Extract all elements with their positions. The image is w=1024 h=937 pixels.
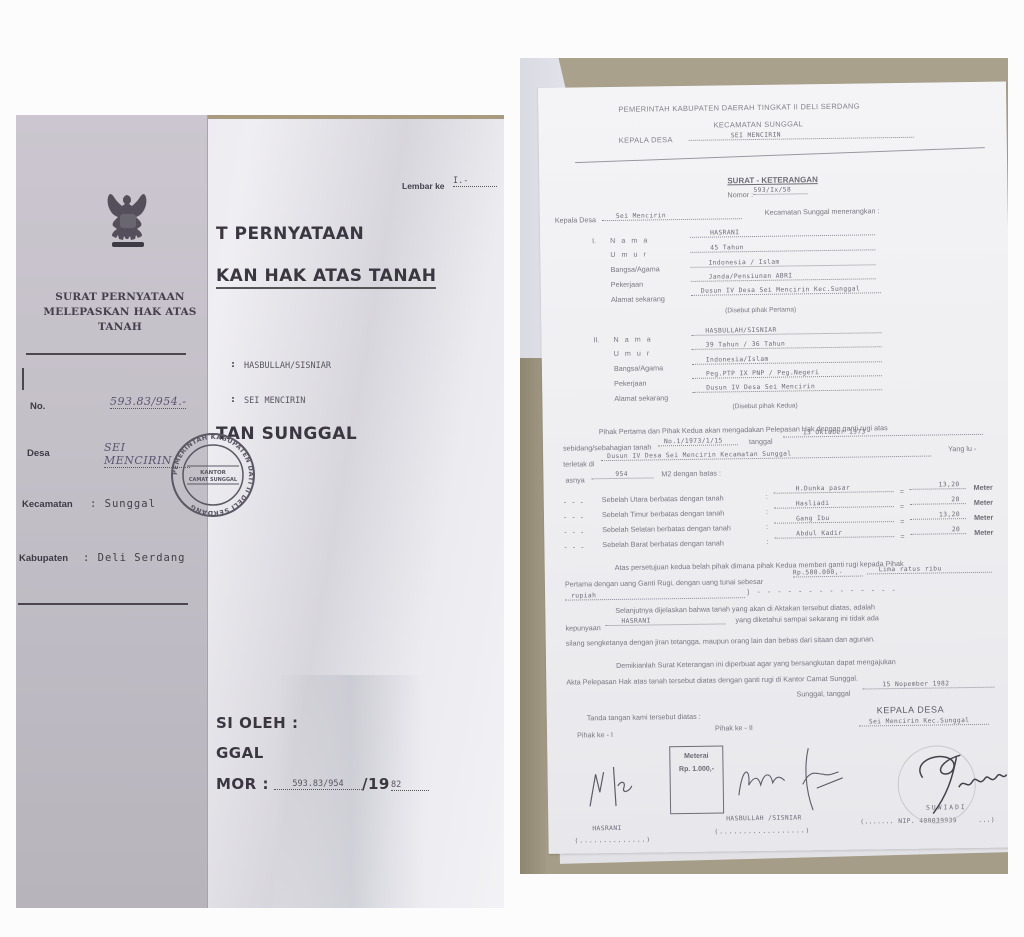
party1-name-bracket: (..............): [574, 836, 651, 844]
boundary-unit: Meter: [974, 513, 993, 522]
boundary-unit: Meter: [974, 483, 993, 492]
nomor-value: 593/Ix/58: [753, 186, 807, 195]
sheet-number-label: Lembar ke: [402, 181, 445, 191]
boundary-owner: Hasliadi: [774, 499, 894, 509]
party1-signature-label: Pihak ke - I: [577, 730, 613, 740]
kepala-desa-village: Sei Mencirin Kec.Sunggal: [859, 717, 989, 727]
boundary-unit: Meter: [974, 528, 993, 537]
party1-value-pekerjaan: Janda/Pensiunan ABRI: [691, 271, 876, 282]
margin-mark: [22, 368, 24, 390]
party2-value-bangsa: Indonesia/Islam: [692, 354, 882, 365]
party2-label-pekerjaan: Pekerjaan: [614, 379, 646, 388]
closing-line-1: Demikianlah Surat Keterangan ini diperbu…: [616, 657, 896, 670]
village-value: SEI MENCIRIN: [244, 396, 305, 406]
party1-value-bangsa: Indonesia / Islam: [690, 257, 875, 268]
signature-party1-icon: [583, 762, 644, 813]
intro-label: Kepala Desa: [555, 215, 596, 225]
party-value: HASBULLAH/SISNIAR: [244, 361, 331, 371]
body-line-2-label: sebidang/sebahagian tanah: [563, 442, 651, 452]
compensation-amount-words-end: rupiah: [565, 590, 745, 601]
boundary-dash: - - -: [564, 497, 585, 506]
party1-caption: (Disebut pihak Pertama): [725, 306, 796, 314]
boundary-dash: - - -: [564, 542, 585, 551]
party2-name: HASBULLAH /SISNIAR: [726, 814, 802, 822]
stamp-center-text-1: KANTOR: [200, 470, 227, 476]
boundary-owner: Abdul Kadir: [774, 529, 894, 539]
party2-label-bangsa: Bangsa/Agama: [614, 363, 663, 373]
party2-label-alamat: Alamat sekarang: [614, 393, 668, 403]
divider: [26, 353, 186, 355]
boundary-colon: :: [766, 492, 768, 501]
cover-field-value-kabupaten: : Deli Serdang: [83, 552, 186, 564]
party1-value-umur: 45 Tahun: [690, 242, 875, 253]
colon: :: [230, 394, 236, 405]
dash-filler: ) - - - - - - - - - - - - - -: [747, 585, 898, 596]
kepala-desa-bracket-open: (.......: [860, 818, 894, 825]
compensation-amount-words: Lima ratus ribu: [867, 565, 992, 575]
registration-year: 82: [391, 780, 429, 791]
heading-line-2: KAN HAK ATAS TANAH: [216, 266, 436, 289]
surat-keterangan-sheet: PEMERINTAH KABUPATEN DAERAH TINGKAT II D…: [538, 81, 1008, 853]
boundary-owner: Gang Ibu: [774, 514, 894, 524]
party1-value-nama: HASRANI: [690, 227, 875, 238]
boundary-eq: =: [900, 487, 904, 496]
right-document-photo: PEMERINTAH KABUPATEN DAERAH TINGKAT II D…: [520, 58, 1008, 874]
party2-signature-label: Pihak ke - II: [715, 723, 753, 733]
stamp-center-text-2: CAMAT SUNGGAL: [189, 477, 238, 483]
meterai-label: Meterai: [670, 752, 722, 760]
place-date-label: Sunggal, tanggal: [796, 689, 850, 699]
intro-suffix: Kecamatan Sunggal menerangkan :: [765, 206, 880, 217]
land-area: 954: [591, 470, 653, 479]
cover-field-label-kabupaten: Kabupaten: [19, 553, 68, 564]
sheet-number-value: I.-: [453, 176, 497, 187]
land-certificate-date: 13 Oktober 1973: [783, 427, 983, 438]
boundary-colon: :: [766, 537, 768, 546]
signature-party2-icon: [732, 744, 863, 816]
party1-index: I.: [592, 236, 596, 245]
boundary-length: 20: [910, 496, 966, 505]
kepala-desa-title: KEPALA DESA: [877, 704, 945, 715]
compensation-line-2: Pertama dengan uang Ganti Rugi, dengan u…: [565, 577, 763, 589]
party1-label-nama: N a m a: [610, 235, 649, 245]
party2-value-alamat: Dusun IV Desa Sei Mencirin: [692, 382, 882, 393]
signature-kepala-desa-icon: [902, 746, 1008, 818]
registered-by-label: SI OLEH :: [216, 714, 298, 732]
divider: [18, 603, 188, 605]
party1-label-pekerjaan: Pekerjaan: [611, 280, 643, 289]
cover-title-line-2: MELEPASKAN HAK ATAS TANAH: [30, 305, 210, 335]
cover-field-value-kecamatan: : Sunggal: [90, 498, 156, 510]
party2-index: II.: [593, 335, 599, 344]
signatures-intro: Tanda tangan kami tersebut diatas :: [587, 712, 701, 723]
boundary-length: 13,20: [910, 481, 966, 490]
intro-value: Sei Mencirin: [602, 211, 742, 221]
party1-value-alamat: Dusun IV Desa Sei Mencirin Kec.Sunggal: [691, 285, 881, 296]
party2-name-bracket: (..................): [714, 827, 810, 835]
cover-field-label-kecamatan: Kecamatan: [22, 499, 73, 510]
boundary-dash: - - -: [564, 512, 585, 521]
ownership-line-3: silang sengketanya dengan jiran tetangga…: [566, 634, 875, 647]
body-line-4-label: asnya: [565, 475, 584, 484]
party2-label-umur: U m u r: [614, 348, 652, 358]
party1-label-bangsa: Bangsa/Agama: [610, 264, 659, 274]
boundary-colon: :: [766, 507, 768, 516]
owner-name: HASRANI: [605, 616, 725, 626]
boundary-side: Sebelah Timur berbatas dengan tanah: [602, 508, 724, 519]
boundary-side: Sebelah Selatan berbatas dengan tanah: [602, 523, 731, 534]
closing-line-2: Akta Pelepasan Hak atas tanah tersebut d…: [566, 674, 858, 687]
registered-office: GGAL: [216, 744, 264, 762]
boundary-eq: =: [900, 502, 904, 511]
boundary-owner: H.Dunka pasar: [774, 484, 894, 494]
ownership-line-2-suffix: yang diketahui sampai sekarang ini tidak…: [735, 613, 879, 624]
heading-line-1: T PERNYATAAN: [216, 224, 364, 244]
meterai-amount: Rp. 1.000,-: [670, 765, 722, 773]
body-line-3-suffix: Yang lu -: [948, 444, 976, 453]
land-certificate-number: No.1/1973/1/15: [658, 437, 738, 446]
boundary-unit: Meter: [974, 498, 993, 507]
header-rule: [575, 147, 985, 163]
party1-label-alamat: Alamat sekarang: [611, 294, 665, 304]
place-date-value: 15 Nopember 1982: [862, 680, 994, 690]
boundary-side: Sebelah Utara berbatas dengan tanah: [602, 493, 724, 504]
party1-label-umur: U m u r: [610, 249, 648, 259]
boundary-eq: =: [900, 517, 904, 526]
boundary-eq: =: [900, 532, 904, 541]
party1-name: HASRANI: [592, 825, 621, 832]
cover-field-label-no: No.: [30, 401, 45, 412]
garuda-emblem-icon: [98, 187, 158, 252]
revenue-stamp-box: Meterai Rp. 1.000,-: [669, 745, 724, 814]
header-line-1: PEMERINTAH KABUPATEN DAERAH TINGKAT II D…: [618, 102, 860, 114]
party2-value-umur: 39 Tahun / 36 Tahun: [692, 339, 882, 350]
party2-caption: (Disebut pihak Kedua): [732, 402, 797, 410]
cover-field-value-no: 593.83/954.-: [110, 395, 186, 409]
boundary-length: 20: [910, 526, 966, 535]
boundary-length: 13,20: [910, 511, 966, 520]
colon: :: [230, 359, 236, 370]
cover-field-label-desa: Desa: [27, 448, 50, 459]
body-line-3-label: terletak di: [563, 459, 594, 468]
document-title: SURAT - KETERANGAN: [727, 175, 818, 185]
cover-title-line-1: SURAT PERNYATAAN: [30, 290, 210, 305]
registration-number-value: 593.83/954: [274, 779, 362, 790]
boundary-colon: :: [766, 522, 768, 531]
body-line-2-date-label: tanggal: [749, 437, 773, 446]
kepala-desa-label: KEPALA DESA: [619, 135, 673, 145]
official-stamp-icon: PEMERINTAH KABUPATEN DATI II DELI SERDAN…: [169, 431, 257, 519]
ownership-line-2-prefix: kepunyaan: [565, 623, 600, 632]
party2-label-nama: N a m a: [613, 334, 652, 344]
registration-number-label: MOR :: [216, 775, 269, 793]
page-fold-shadow: [276, 675, 426, 908]
party2-value-nama: HASBULLAH/SISNIAR: [691, 325, 881, 336]
kepala-desa-bracket-close: ...): [978, 817, 995, 824]
body-line-4-suffix: M2 dengan batas :: [661, 468, 721, 478]
registration-year-prefix: /19: [362, 775, 390, 793]
kepala-desa-value: SEI MENCIRIN: [689, 130, 914, 141]
boundaries-list: - - -Sebelah Utara berbatas dengan tanah…: [538, 81, 1006, 88]
nomor-label: Nomor :: [727, 190, 753, 199]
header-line-2: KECAMATAN SUNGGAL: [713, 119, 803, 129]
party2-value-pekerjaan: Peg.PTP IX PNP / Peg.Negeri: [692, 368, 882, 379]
cover-title: SURAT PERNYATAAN MELEPASKAN HAK ATAS TAN…: [30, 290, 210, 335]
boundary-side: Sebelah Barat berbatas dengan tanah: [602, 538, 724, 549]
boundary-dash: - - -: [564, 527, 585, 536]
left-document-photo: Lembar ke I.- T PERNYATAAN KAN HAK ATAS …: [16, 115, 504, 908]
compensation-amount: Rp.500.000,-: [793, 569, 863, 578]
